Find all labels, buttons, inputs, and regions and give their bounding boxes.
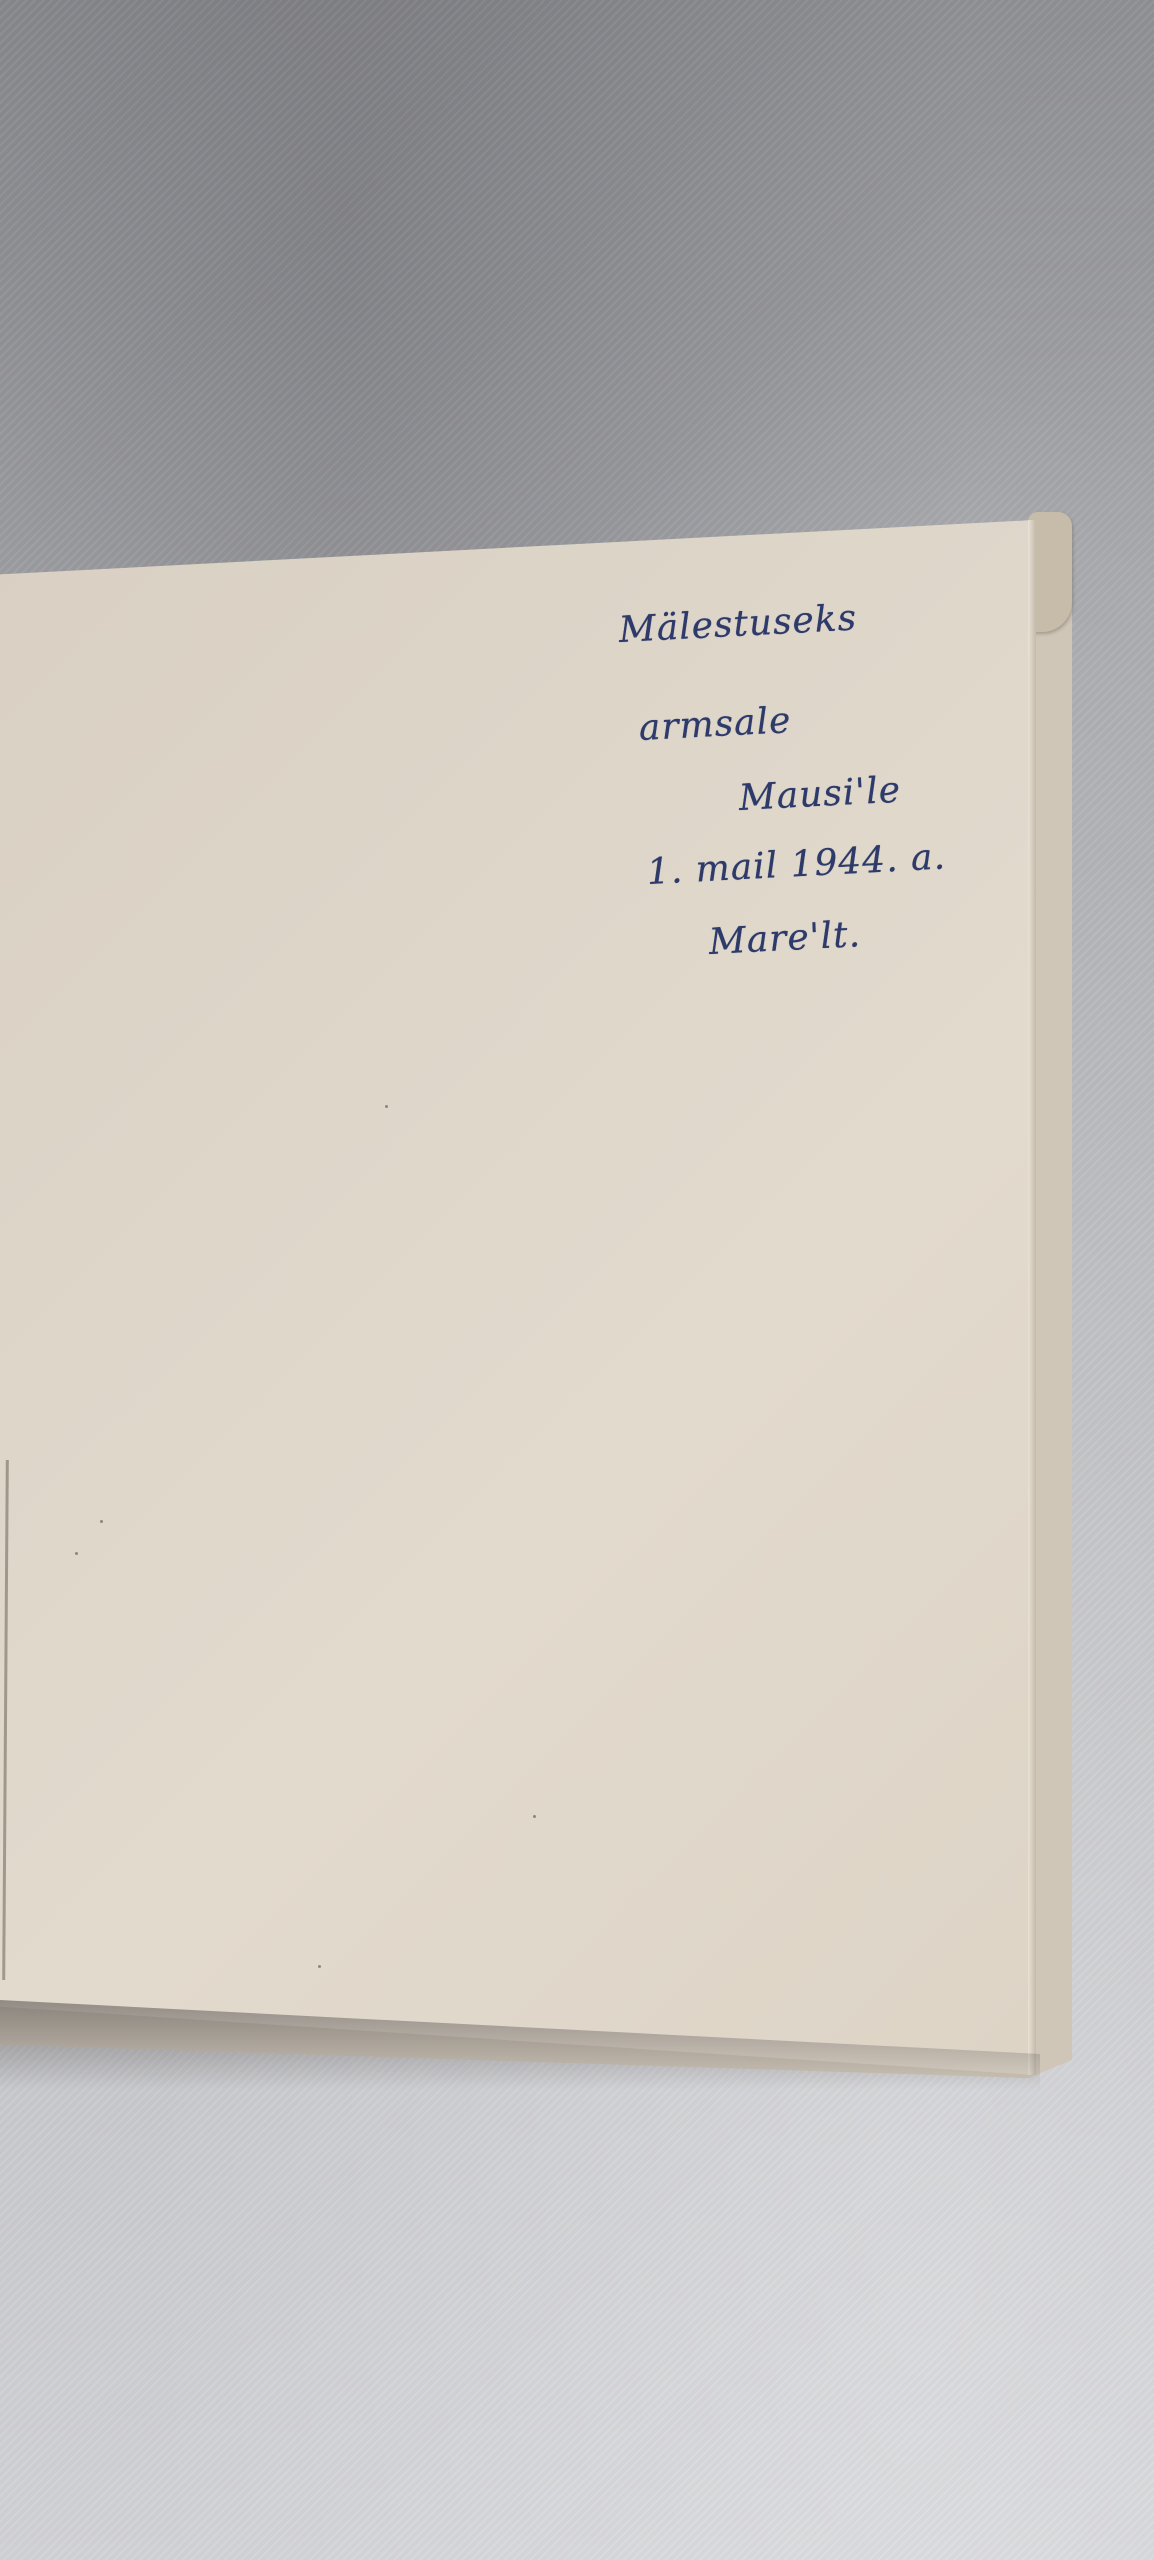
dedication-line-1: Mälestuseks [618, 598, 858, 651]
handwritten-dedication: Mälestuseks armsale Mausi'le 1. mail 194… [600, 590, 1020, 990]
dedication-line-2: armsale [638, 700, 793, 749]
dedication-line-3: Mausi'le [738, 770, 902, 819]
paper-speck [318, 1965, 321, 1968]
page-right-edge [1028, 520, 1036, 2075]
paper-speck [75, 1552, 78, 1555]
paper-speck [100, 1520, 103, 1523]
dedication-signature: Mare'lt. [708, 914, 862, 963]
paper-speck [533, 1815, 536, 1818]
dedication-date: 1. mail 1944. a. [646, 836, 947, 893]
paper-speck [385, 1105, 388, 1108]
